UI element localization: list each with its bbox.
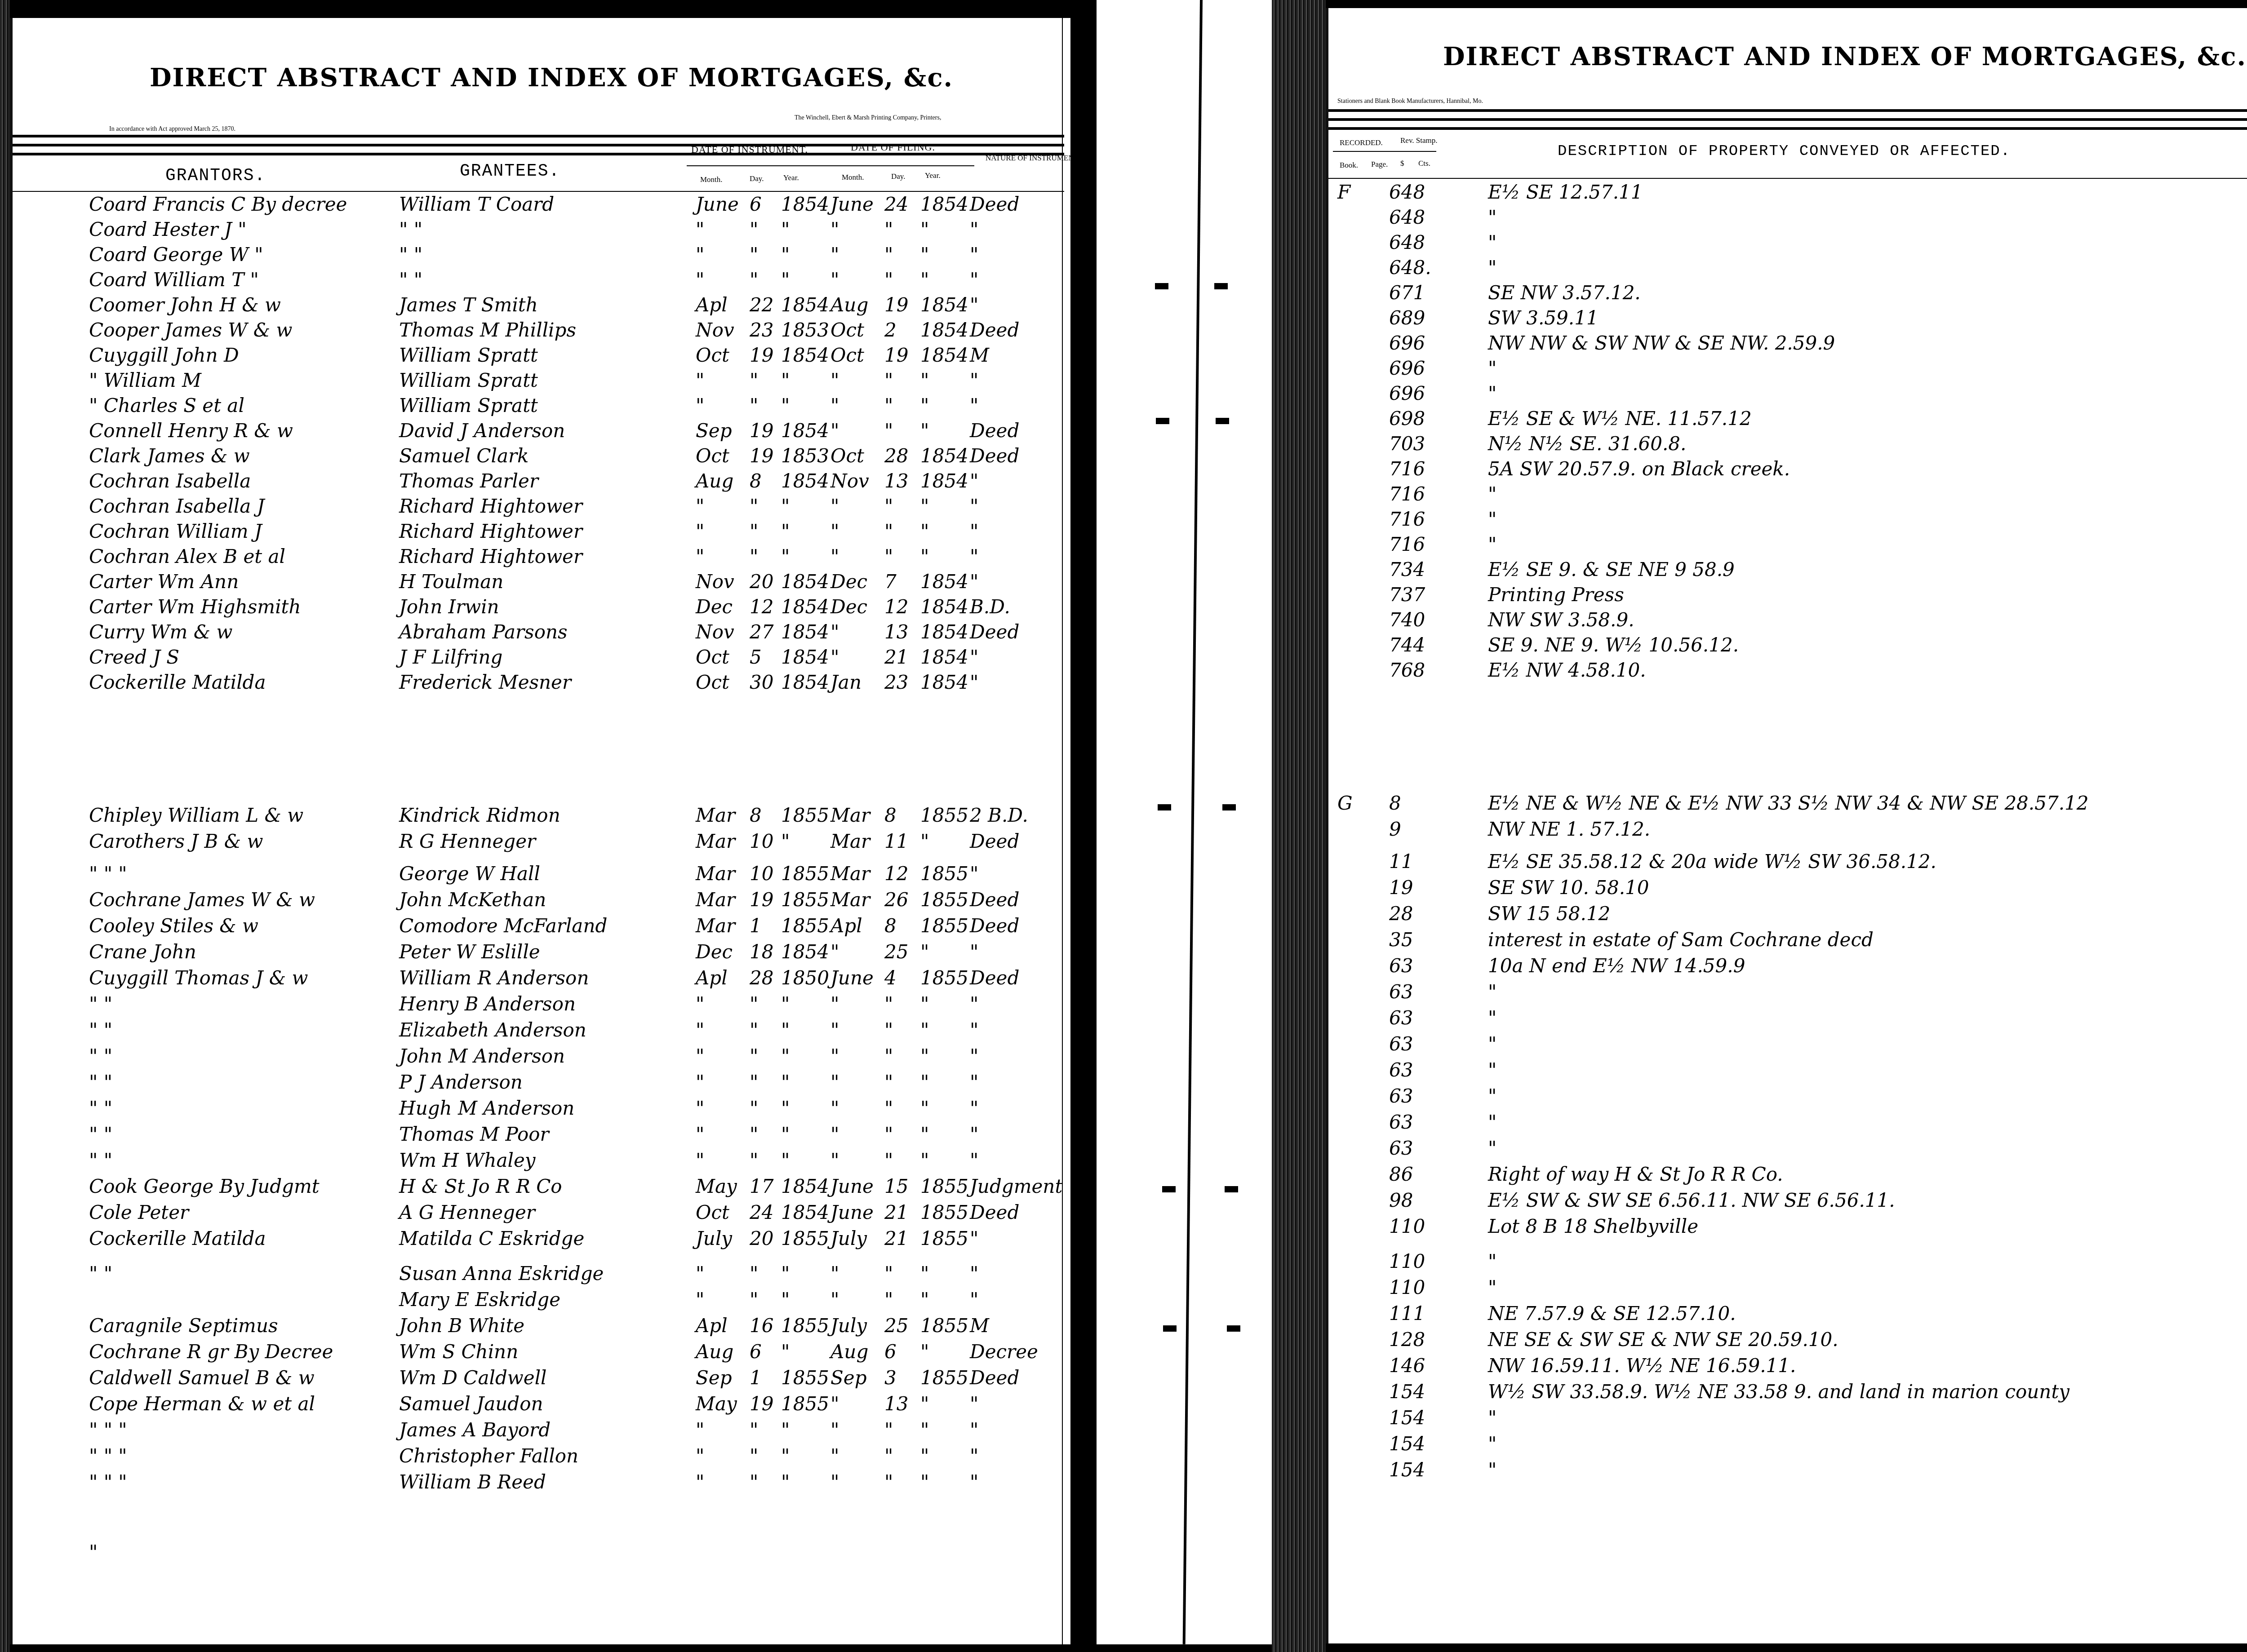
page-number: 737 xyxy=(1389,584,1452,606)
instrument-year: 1855 xyxy=(781,1227,829,1249)
filing-year: " xyxy=(920,394,929,416)
instrument-year: " xyxy=(781,1071,790,1093)
grantee: P J Anderson xyxy=(399,1071,696,1093)
grantor: " xyxy=(89,1541,395,1563)
grantee: John McKethan xyxy=(399,889,696,911)
filing-year: " xyxy=(920,1393,929,1415)
filing-year: " xyxy=(920,993,929,1015)
filing-day: 21 xyxy=(884,646,908,668)
filing-month: " xyxy=(830,244,839,266)
filing-year: 1854 xyxy=(920,294,968,316)
filing-year: 1854 xyxy=(920,596,968,618)
instrument-month: Nov xyxy=(696,621,734,643)
grantee: William T Coard xyxy=(399,193,696,215)
instrument-month: Apl xyxy=(696,1315,728,1337)
instrument-year: " xyxy=(781,520,790,542)
filing-month: Dec xyxy=(830,596,867,618)
instrument-month: Aug xyxy=(696,1341,733,1363)
instrument-month: " xyxy=(696,1471,704,1493)
grantee: Mary E Eskridge xyxy=(399,1289,696,1311)
instrument-day: 27 xyxy=(750,621,773,643)
page-number: 696 xyxy=(1389,382,1452,404)
filing-month: June xyxy=(830,967,874,989)
nature-of-instrument: Deed xyxy=(970,445,1019,467)
binding-hole xyxy=(1156,418,1169,424)
filing-year: " xyxy=(920,269,929,291)
instrument-year: 1855 xyxy=(781,889,829,911)
grantor: Clark James & w xyxy=(89,445,395,467)
property-description: " xyxy=(1488,1459,1497,1481)
instrument-year: " xyxy=(781,1341,790,1363)
page-number: 63 xyxy=(1389,1007,1452,1029)
grantor: " " xyxy=(89,1149,395,1171)
filing-day: " xyxy=(884,244,893,266)
instrument-day: " xyxy=(750,1262,758,1284)
instrument-day: " xyxy=(750,1123,758,1145)
instrument-year: 1854 xyxy=(781,193,829,215)
filing-year: 1855 xyxy=(920,1175,968,1197)
grantee: John B White xyxy=(399,1315,696,1337)
filing-month: Oct xyxy=(830,344,864,366)
filing-month: " xyxy=(830,621,839,643)
instrument-year: 1855 xyxy=(781,1367,829,1389)
inst-day-header: Day. xyxy=(750,174,764,183)
header-rule xyxy=(1328,118,2247,121)
grantor: " Charles S et al xyxy=(89,394,395,416)
instrument-year: " xyxy=(781,1419,790,1441)
filing-year: 1855 xyxy=(920,1315,968,1337)
instrument-year: " xyxy=(781,1149,790,1171)
nature-of-instrument: Deed xyxy=(970,830,1019,852)
filing-year: 1854 xyxy=(920,621,968,643)
nature-of-instrument: Decree xyxy=(970,1341,1038,1363)
instrument-month: Aug xyxy=(696,470,733,492)
left-scan-edge xyxy=(0,0,10,1652)
grantee: Samuel Jaudon xyxy=(399,1393,696,1415)
nature-of-instrument: Deed xyxy=(970,193,1019,215)
property-description: E½ SE & W½ NE. 11.57.12 xyxy=(1488,407,1752,430)
page-number: 98 xyxy=(1389,1189,1452,1211)
property-description: " xyxy=(1488,357,1497,379)
property-description: Lot 8 B 18 Shelbyville xyxy=(1488,1215,1698,1237)
property-description: SE NW 3.57.12. xyxy=(1488,282,1641,304)
instrument-year: " xyxy=(781,244,790,266)
instrument-day: 19 xyxy=(750,344,773,366)
nature-of-instrument: " xyxy=(970,1393,978,1415)
filing-year: " xyxy=(920,1071,929,1093)
filing-day: " xyxy=(884,495,893,517)
filing-year: 1855 xyxy=(920,1227,968,1249)
instrument-year: 1854 xyxy=(781,671,829,693)
filing-day: " xyxy=(884,993,893,1015)
filing-month: Aug xyxy=(830,294,868,316)
instrument-day: 18 xyxy=(750,941,773,963)
instrument-year: 1855 xyxy=(781,1393,829,1415)
binding-hole xyxy=(1216,418,1229,424)
filing-day: " xyxy=(884,369,893,391)
instrument-year: 1854 xyxy=(781,646,829,668)
grantee: " " xyxy=(399,218,696,240)
filing-month: " xyxy=(830,1071,839,1093)
grantee: Wm S Chinn xyxy=(399,1341,696,1363)
filing-day: 19 xyxy=(884,344,908,366)
property-description: " xyxy=(1488,1007,1497,1029)
property-description: E½ SE 12.57.11 xyxy=(1488,181,1643,203)
grantor: " " xyxy=(89,1123,395,1145)
instrument-day: " xyxy=(750,1071,758,1093)
property-description: " xyxy=(1488,206,1497,228)
nature-of-instrument: " xyxy=(970,1227,978,1249)
property-description: " xyxy=(1488,231,1497,253)
property-description: SE 9. NE 9. W½ 10.56.12. xyxy=(1488,634,1739,656)
filing-year: " xyxy=(920,941,929,963)
instrument-month: June xyxy=(696,193,739,215)
instrument-month: Dec xyxy=(696,596,733,618)
description-header: DESCRIPTION OF PROPERTY CONVEYED OR AFFE… xyxy=(1558,143,2011,160)
grantee: Abraham Parsons xyxy=(399,621,696,643)
instrument-month: Nov xyxy=(696,571,734,593)
grantor: " " xyxy=(89,1097,395,1119)
instrument-year: " xyxy=(781,1097,790,1119)
filing-month: " xyxy=(830,1123,839,1145)
instrument-month: Oct xyxy=(696,646,729,668)
grantor: Cuyggill John D xyxy=(89,344,395,366)
filing-year: " xyxy=(920,830,929,852)
grantor: Cochrane James W & w xyxy=(89,889,395,911)
property-description: " xyxy=(1488,981,1497,1003)
property-description: E½ SE 35.58.12 & 20a wide W½ SW 36.58.12… xyxy=(1488,850,1936,873)
filing-month: Dec xyxy=(830,571,867,593)
filing-month: " xyxy=(830,1149,839,1171)
property-description: " xyxy=(1488,1276,1497,1298)
grantee: George W Hall xyxy=(399,863,696,885)
filing-year: 1854 xyxy=(920,445,968,467)
instrument-month: " xyxy=(696,394,704,416)
nature-of-instrument: " xyxy=(970,369,978,391)
property-description: SE SW 10. 58.10 xyxy=(1488,877,1649,899)
page-number: 716 xyxy=(1389,533,1452,555)
page-number: 63 xyxy=(1389,1085,1452,1107)
instrument-year: 1854 xyxy=(781,420,829,442)
instrument-month: Sep xyxy=(696,420,732,442)
instrument-day: 10 xyxy=(750,830,773,852)
page-number: 648. xyxy=(1389,257,1452,279)
grantor: Cook George By Judgmt xyxy=(89,1175,395,1197)
grantee: Wm H Whaley xyxy=(399,1149,696,1171)
filing-month: Oct xyxy=(830,319,864,341)
grantor: " " " xyxy=(89,863,395,885)
filing-month: " xyxy=(830,269,839,291)
instrument-year: " xyxy=(781,1289,790,1311)
instrument-day: 19 xyxy=(750,420,773,442)
filing-month: " xyxy=(830,420,839,442)
page-number: 671 xyxy=(1389,282,1452,304)
instrument-day: 19 xyxy=(750,1393,773,1415)
instrument-day: 24 xyxy=(750,1201,773,1223)
grantor: " " " xyxy=(89,1445,395,1467)
instrument-day: " xyxy=(750,495,758,517)
filing-year: " xyxy=(920,495,929,517)
instrument-day: " xyxy=(750,394,758,416)
grantor: Carothers J B & w xyxy=(89,830,395,852)
grantee: " " xyxy=(399,244,696,266)
nature-of-instrument: Deed xyxy=(970,420,1019,442)
grantee: William R Anderson xyxy=(399,967,696,989)
grantor: " " xyxy=(89,1071,395,1093)
inst-month-header: Month. xyxy=(700,175,723,184)
nature-of-instrument: Deed xyxy=(970,319,1019,341)
property-description: " xyxy=(1488,483,1497,505)
property-description: " xyxy=(1488,382,1497,404)
instrument-month: Oct xyxy=(696,671,729,693)
filing-month: Apl xyxy=(830,915,862,937)
instrument-month: " xyxy=(696,269,704,291)
page-number: 63 xyxy=(1389,981,1452,1003)
property-description: " xyxy=(1488,1059,1497,1081)
printer-note: The Winchell, Ebert & Marsh Printing Com… xyxy=(795,115,941,122)
filing-year: " xyxy=(920,1262,929,1284)
grantor: Cockerille Matilda xyxy=(89,1227,395,1249)
grantee: Kindrick Ridmon xyxy=(399,804,696,826)
nature-of-instrument: " xyxy=(970,993,978,1015)
binding-hole xyxy=(1214,283,1228,289)
instrument-day: " xyxy=(750,520,758,542)
filing-month: Nov xyxy=(830,470,869,492)
instrument-year: " xyxy=(781,495,790,517)
filing-month: " xyxy=(830,1289,839,1311)
instrument-year: 1854 xyxy=(781,596,829,618)
page-number: 28 xyxy=(1389,903,1452,925)
left-ledger-page: DIRECT ABSTRACT AND INDEX OF MORTGAGES, … xyxy=(10,18,1070,1644)
filing-day: " xyxy=(884,218,893,240)
page-number: 734 xyxy=(1389,558,1452,580)
page-number: 154 xyxy=(1389,1433,1452,1455)
instrument-year: " xyxy=(781,218,790,240)
instrument-month: May xyxy=(696,1175,737,1197)
filing-year: 1855 xyxy=(920,863,968,885)
filing-month: " xyxy=(830,495,839,517)
right-ledger-page: DIRECT ABSTRACT AND INDEX OF MORTGAGES, … xyxy=(1326,8,2247,1643)
filing-month: " xyxy=(830,646,839,668)
instrument-day: 19 xyxy=(750,445,773,467)
instrument-year: 1854 xyxy=(781,621,829,643)
filing-day: " xyxy=(884,1045,893,1067)
instrument-year: 1854 xyxy=(781,941,829,963)
grantor: Coomer John H & w xyxy=(89,294,395,316)
instrument-month: " xyxy=(696,520,704,542)
instrument-month: " xyxy=(696,993,704,1015)
instrument-year: " xyxy=(781,1123,790,1145)
instrument-year: 1855 xyxy=(781,804,829,826)
filing-day: 23 xyxy=(884,671,908,693)
page-number: 703 xyxy=(1389,433,1452,455)
instrument-month: May xyxy=(696,1393,737,1415)
instrument-day: " xyxy=(750,269,758,291)
grantee: John M Anderson xyxy=(399,1045,696,1067)
instrument-year: " xyxy=(781,545,790,567)
binding-hole xyxy=(1227,1325,1240,1332)
instrument-year: 1854 xyxy=(781,470,829,492)
filing-year: 1854 xyxy=(920,646,968,668)
filing-day: 11 xyxy=(884,830,908,852)
instrument-month: " xyxy=(696,1445,704,1467)
instrument-year: " xyxy=(781,993,790,1015)
instrument-month: Mar xyxy=(696,804,735,826)
filing-year: " xyxy=(920,1419,929,1441)
nature-of-instrument: Deed xyxy=(970,621,1019,643)
page-number: 696 xyxy=(1389,332,1452,354)
filing-year: 1855 xyxy=(920,1367,968,1389)
file-day-header: Day. xyxy=(891,172,905,181)
instrument-day: 1 xyxy=(750,1367,762,1389)
filing-month: Mar xyxy=(830,804,870,826)
filing-day: " xyxy=(884,520,893,542)
binding-hole xyxy=(1225,1186,1238,1192)
instrument-day: 23 xyxy=(750,319,773,341)
instrument-month: " xyxy=(696,1071,704,1093)
instrument-day: 8 xyxy=(750,804,762,826)
property-description: E½ SE 9. & SE NE 9 58.9 xyxy=(1488,558,1735,580)
left-page-title: DIRECT ABSTRACT AND INDEX OF MORTGAGES, … xyxy=(150,63,953,93)
instrument-month: Mar xyxy=(696,915,735,937)
grantee: Hugh M Anderson xyxy=(399,1097,696,1119)
filing-month: Aug xyxy=(830,1341,868,1363)
date-subrule xyxy=(687,165,974,166)
instrument-day: 19 xyxy=(750,889,773,911)
instrument-day: 12 xyxy=(750,596,773,618)
left-page-right-border xyxy=(1062,18,1063,1644)
grantee: Matilda C Eskridge xyxy=(399,1227,696,1249)
binding-hole xyxy=(1158,804,1171,810)
nature-of-instrument: " xyxy=(970,1445,978,1467)
property-description: NW NE 1. 57.12. xyxy=(1488,818,1650,840)
nature-of-instrument: Deed xyxy=(970,1367,1019,1389)
instrument-month: Dec xyxy=(696,941,733,963)
filing-day: " xyxy=(884,1123,893,1145)
instrument-day: " xyxy=(750,1149,758,1171)
nature-of-instrument: " xyxy=(970,520,978,542)
page-number: 768 xyxy=(1389,659,1452,681)
filing-month: Mar xyxy=(830,863,870,885)
filing-year: " xyxy=(920,218,929,240)
nature-of-instrument: " xyxy=(970,1123,978,1145)
filing-day: 8 xyxy=(884,915,897,937)
instrument-month: Oct xyxy=(696,344,729,366)
page-number: 110 xyxy=(1389,1276,1452,1298)
grantee: Richard Hightower xyxy=(399,495,696,517)
filing-month: July xyxy=(830,1227,867,1249)
page-number: 63 xyxy=(1389,1033,1452,1055)
binding-hole xyxy=(1163,1325,1177,1332)
filing-day: 26 xyxy=(884,889,908,911)
nature-of-instrument: " xyxy=(970,1019,978,1041)
property-description: NW SW 3.58.9. xyxy=(1488,609,1634,631)
grantor: Cooley Stiles & w xyxy=(89,915,395,937)
property-description: " xyxy=(1488,1250,1497,1272)
property-description: N½ N½ SE. 31.60.8. xyxy=(1488,433,1686,455)
filing-month: " xyxy=(830,520,839,542)
act-note: In accordance with Act approved March 25… xyxy=(109,126,235,133)
grantor: Chipley William L & w xyxy=(89,804,395,826)
nature-of-instrument: " xyxy=(970,1045,978,1067)
recorded-subrule xyxy=(1333,151,1436,152)
property-description: " xyxy=(1488,1407,1497,1429)
property-description: " xyxy=(1488,1085,1497,1107)
grantee: Frederick Mesner xyxy=(399,671,696,693)
nature-of-instrument: " xyxy=(970,646,978,668)
header-bottom-rule xyxy=(13,191,1064,192)
instrument-month: Apl xyxy=(696,967,728,989)
instrument-month: Nov xyxy=(696,319,734,341)
property-description: " xyxy=(1488,533,1497,555)
grantee: Peter W Eslille xyxy=(399,941,696,963)
filing-day: 15 xyxy=(884,1175,908,1197)
nature-of-instrument: " xyxy=(970,1149,978,1171)
header-rule xyxy=(1328,109,2247,112)
nature-of-instrument: " xyxy=(970,218,978,240)
page-number: 63 xyxy=(1389,1137,1452,1159)
grantor: Connell Henry R & w xyxy=(89,420,395,442)
filing-year: " xyxy=(920,1097,929,1119)
grantor: Cole Peter xyxy=(89,1201,395,1223)
page-number: 35 xyxy=(1389,929,1452,951)
instrument-month: Mar xyxy=(696,863,735,885)
filing-year: 1854 xyxy=(920,319,968,341)
instrument-day: " xyxy=(750,218,758,240)
page-number: 698 xyxy=(1389,407,1452,430)
filing-day: 25 xyxy=(884,1315,908,1337)
filing-year: " xyxy=(920,1019,929,1041)
filing-month: " xyxy=(830,218,839,240)
filing-day: 13 xyxy=(884,621,908,643)
filing-year: " xyxy=(920,1123,929,1145)
instrument-day: " xyxy=(750,545,758,567)
instrument-month: " xyxy=(696,495,704,517)
instrument-month: July xyxy=(696,1227,732,1249)
grantee: Christopher Fallon xyxy=(399,1445,696,1467)
instrument-day: 20 xyxy=(750,571,773,593)
instrument-month: Apl xyxy=(696,294,728,316)
grantee: William Spratt xyxy=(399,394,696,416)
instrument-year: " xyxy=(781,369,790,391)
page-number: 648 xyxy=(1389,206,1452,228)
instrument-month: " xyxy=(696,1019,704,1041)
grantee: H & St Jo R R Co xyxy=(399,1175,696,1197)
grantees-header: GRANTEES. xyxy=(460,162,560,181)
filing-day: " xyxy=(884,1419,893,1441)
filing-day: " xyxy=(884,545,893,567)
filing-day: " xyxy=(884,269,893,291)
filing-day: " xyxy=(884,420,893,442)
property-description: SW 3.59.11 xyxy=(1488,307,1599,329)
page-number: 111 xyxy=(1389,1302,1452,1324)
nature-of-instrument: " xyxy=(970,863,978,885)
nature-of-instrument: " xyxy=(970,941,978,963)
instrument-month: " xyxy=(696,1123,704,1145)
nature-of-instrument: " xyxy=(970,671,978,693)
instrument-year: " xyxy=(781,1045,790,1067)
filing-month: " xyxy=(830,545,839,567)
nature-of-instrument: Deed xyxy=(970,915,1019,937)
grantee: William B Reed xyxy=(399,1471,696,1493)
filing-day: " xyxy=(884,1262,893,1284)
grantor: " " xyxy=(89,993,395,1015)
filing-year: 1855 xyxy=(920,804,968,826)
nature-of-instrument: 2 B.D. xyxy=(970,804,1028,826)
grantee: Elizabeth Anderson xyxy=(399,1019,696,1041)
page-number: 128 xyxy=(1389,1329,1452,1351)
filing-year: " xyxy=(920,545,929,567)
